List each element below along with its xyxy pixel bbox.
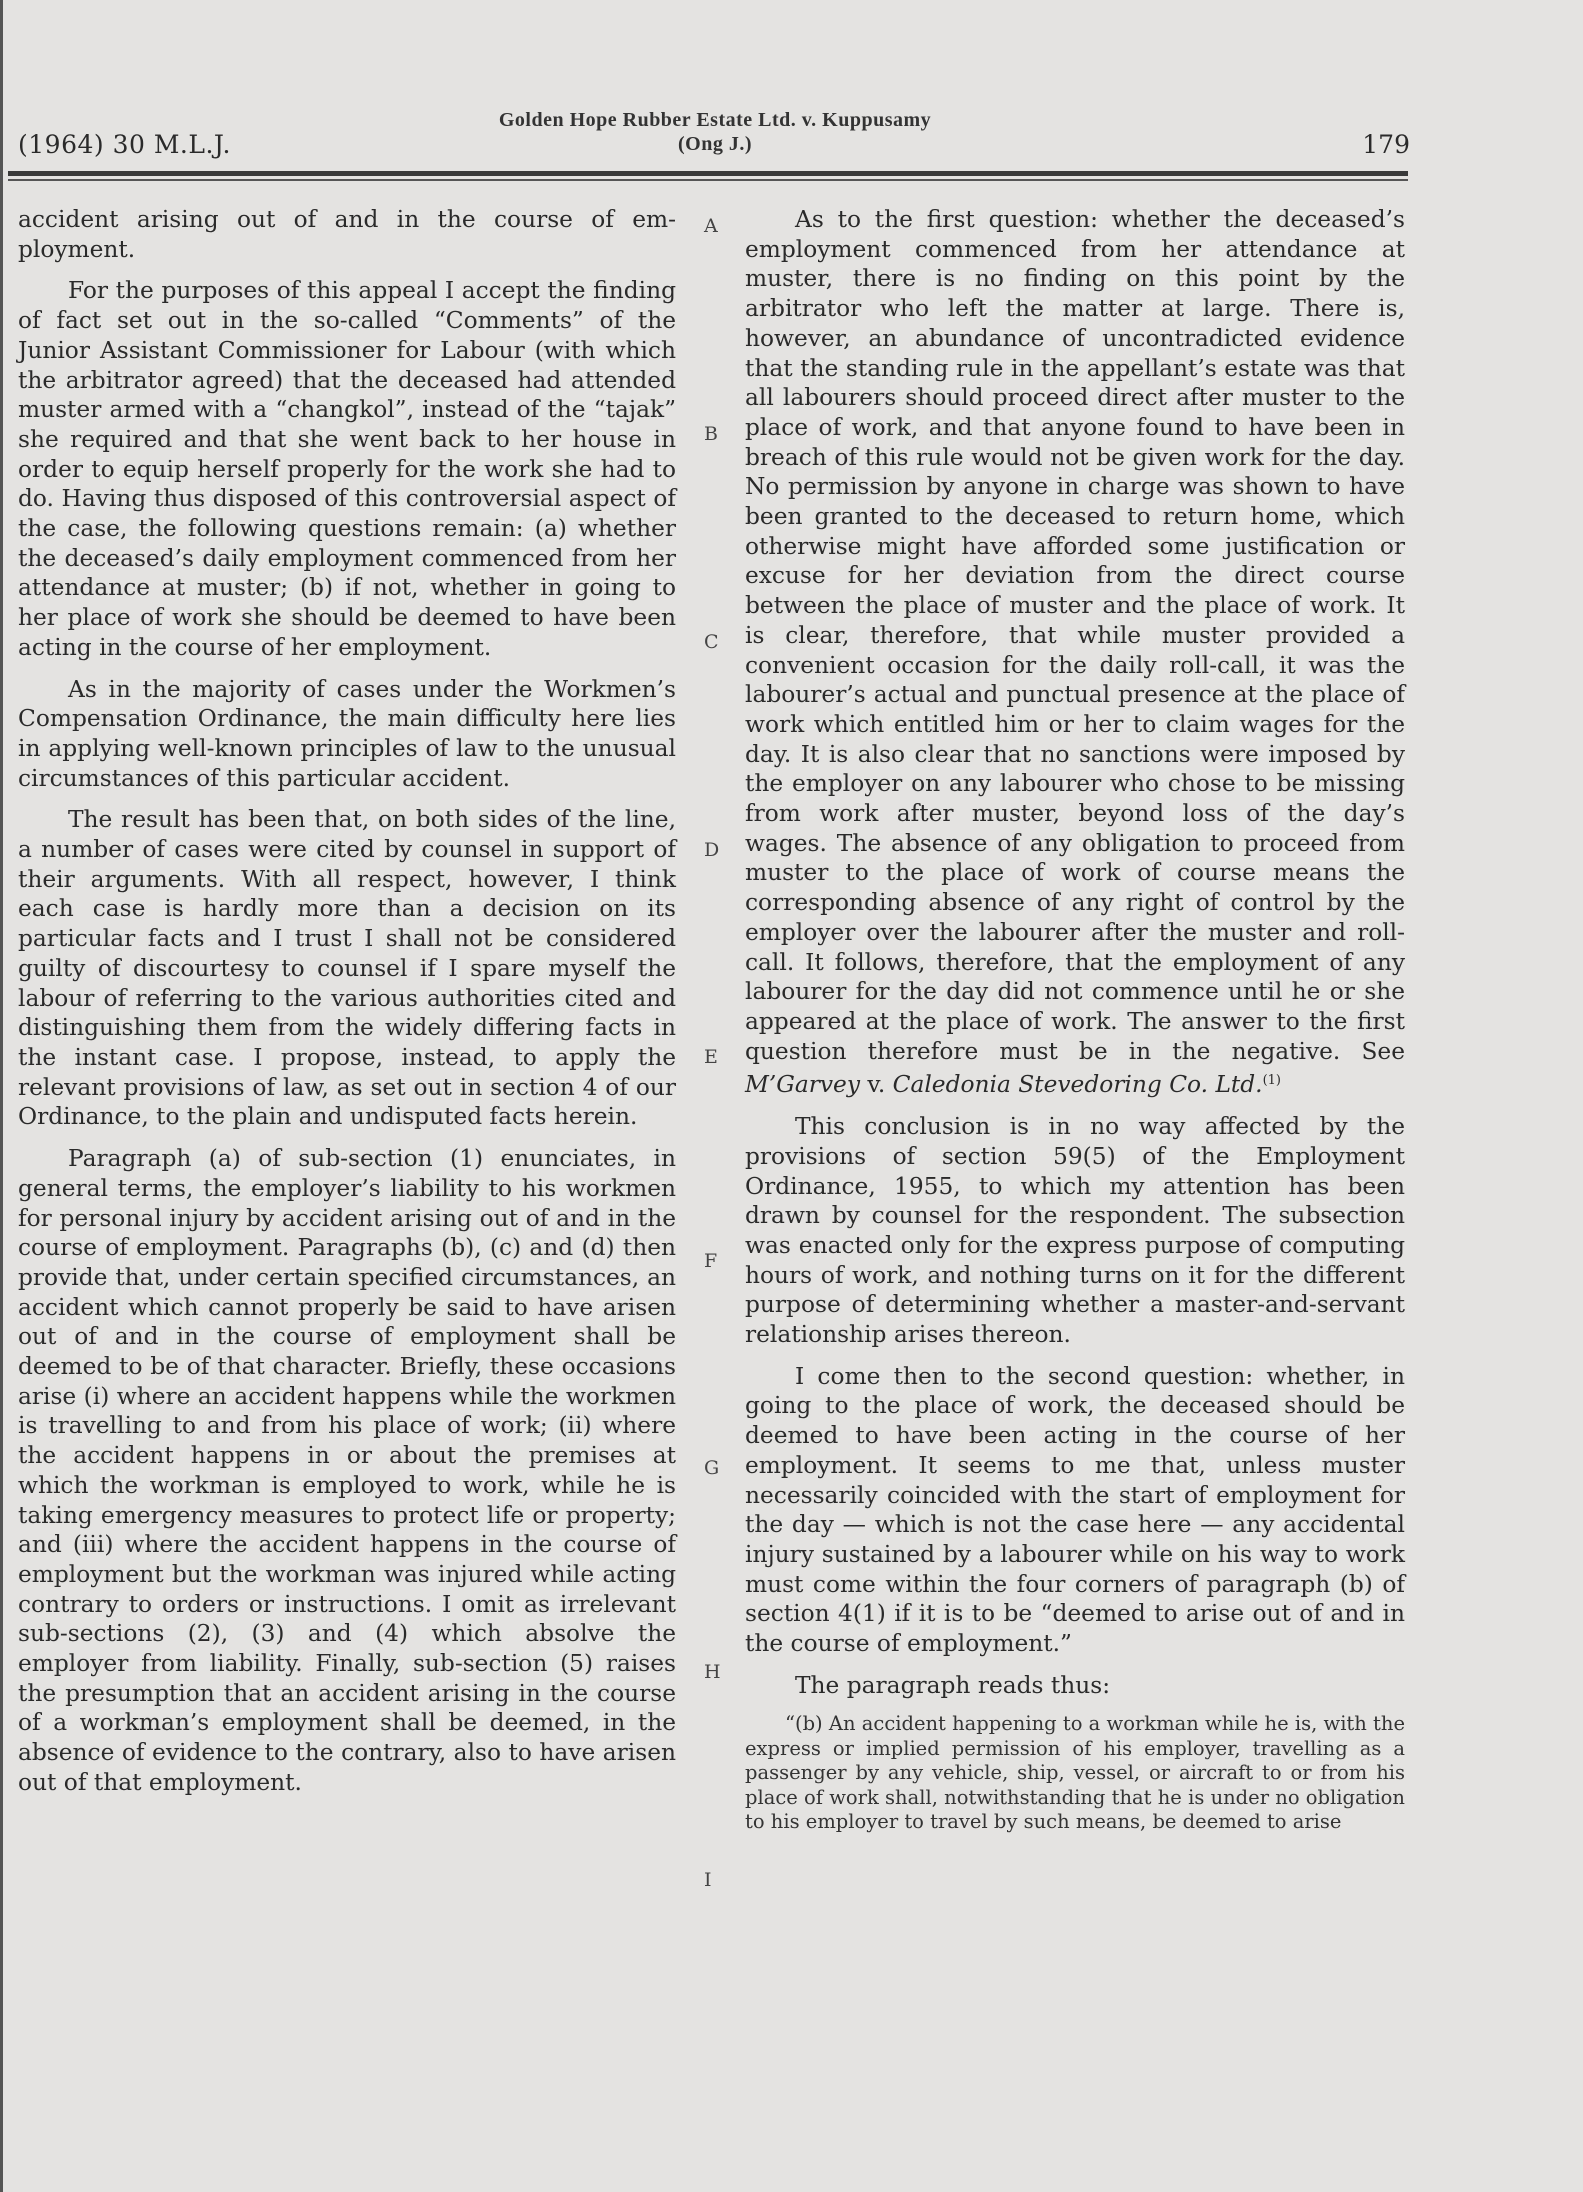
case-citation-party-2: Caledonia Stevedoring Co. Ltd.	[893, 1071, 1263, 1098]
case-title-block: Golden Hope Rubber Estate Ltd. v. Kuppus…	[300, 108, 1130, 156]
block-quote: “(b) An accident happening to a workman …	[745, 1712, 1405, 1835]
margin-letter-c: C	[704, 631, 719, 653]
case-citation-party-1: M’Garvey	[745, 1071, 860, 1098]
paragraph: As to the first question: whether the de…	[745, 205, 1405, 1100]
left-column: accident arising out of and in the cours…	[18, 205, 676, 1810]
page-edge	[0, 0, 3, 2192]
right-column: As to the first question: whether the de…	[745, 205, 1405, 1847]
header-rule-thin	[8, 179, 1408, 181]
paragraph: accident arising out of and in the cours…	[18, 205, 676, 264]
paragraph: Paragraph (a) of sub-section (1) enuncia…	[18, 1144, 676, 1797]
page-number: 179	[1330, 130, 1410, 159]
margin-letter-g: G	[704, 1457, 719, 1479]
case-title: Golden Hope Rubber Estate Ltd. v. Kuppus…	[300, 108, 1130, 132]
paragraph: For the purposes of this appeal I accept…	[18, 276, 676, 662]
margin-letter-h: H	[704, 1661, 721, 1683]
footnote-reference: (1)	[1263, 1073, 1281, 1088]
margin-letter-b: B	[704, 423, 718, 445]
paragraph: This conclusion is in no way affected by…	[745, 1112, 1405, 1350]
paragraph: The paragraph reads thus:	[745, 1671, 1405, 1701]
citation: (1964) 30 M.L.J.	[18, 130, 231, 159]
margin-letter-f: F	[704, 1250, 717, 1272]
margin-letter-d: D	[704, 839, 719, 861]
paragraph: I come then to the second question: whet…	[745, 1362, 1405, 1659]
judge: (Ong J.)	[300, 132, 1130, 156]
paragraph: The result has been that, on both sides …	[18, 805, 676, 1132]
margin-letter-a: A	[704, 215, 718, 237]
paragraph: As in the majority of cases under the Wo…	[18, 675, 676, 794]
running-head: (1964) 30 M.L.J. Golden Hope Rubber Esta…	[0, 0, 1583, 180]
margin-letter-e: E	[704, 1046, 718, 1068]
margin-letter-i: I	[704, 1869, 712, 1891]
header-rule-thick	[8, 171, 1408, 176]
case-citation-v: v.	[860, 1071, 893, 1098]
paragraph-text: As to the first question: whether the de…	[745, 206, 1405, 1065]
